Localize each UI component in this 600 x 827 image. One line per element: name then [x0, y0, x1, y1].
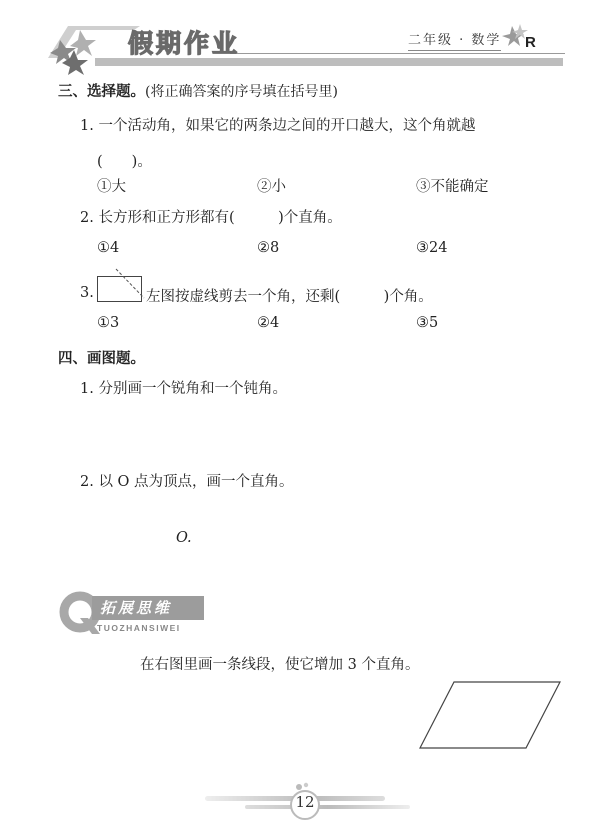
point-o-label: O.: [176, 530, 192, 546]
parallelogram-figure: [410, 675, 570, 755]
extension-question: 在右图里画一条线段，使它增加 3 个直角。: [140, 653, 419, 674]
question-3-text: 左图按虚线剪去一个角，还剩( )个角。: [146, 285, 433, 306]
question-1-text: 1. 一个活动角，如果它的两条边之间的开口越大，这个角就越: [80, 114, 475, 135]
section-3-title: 三、选择题。: [58, 84, 145, 100]
question-2-text: 2. 长方形和正方形都有( )个直角。: [80, 206, 342, 227]
q2-option-2: ②8: [257, 240, 279, 256]
draw-question-1: 1. 分别画一个锐角和一个钝角。: [80, 377, 287, 398]
rectangle-cut-figure: [96, 268, 146, 304]
q3-option-3: ③5: [416, 315, 438, 331]
page-title: 假期作业: [128, 24, 240, 60]
q3-option-2: ②4: [257, 315, 279, 331]
draw-question-2: 2. 以 O 点为顶点，画一个直角。: [80, 470, 294, 491]
question-3-number: 3.: [80, 285, 94, 301]
section-3-heading: 三、选择题。(将正确答案的序号填在括号里): [58, 80, 338, 101]
extension-title: 拓展思维: [100, 597, 172, 618]
q2-option-1: ①4: [97, 240, 119, 256]
q1-option-2: ②小: [257, 175, 286, 196]
q1-option-1: ①大: [97, 175, 126, 196]
page-number: 12: [290, 793, 320, 811]
extension-subtitle: TUOZHANSIWEI: [97, 623, 181, 633]
stars-logo-icon: [40, 18, 140, 76]
q1-option-3: ③不能确定: [416, 175, 489, 196]
q3-option-1: ①3: [97, 315, 119, 331]
grade-subject-label: 二年级 · 数学: [408, 29, 501, 51]
footer-bar-bottom: [245, 805, 410, 809]
section-4-heading: 四、画图题。: [58, 347, 145, 368]
section-3-note: (将正确答案的序号填在括号里): [145, 84, 338, 100]
header-rule: [230, 53, 565, 54]
question-1-blank: ( )。: [97, 150, 152, 171]
edition-mark: R: [525, 34, 536, 51]
q2-option-3: ③24: [416, 240, 447, 256]
